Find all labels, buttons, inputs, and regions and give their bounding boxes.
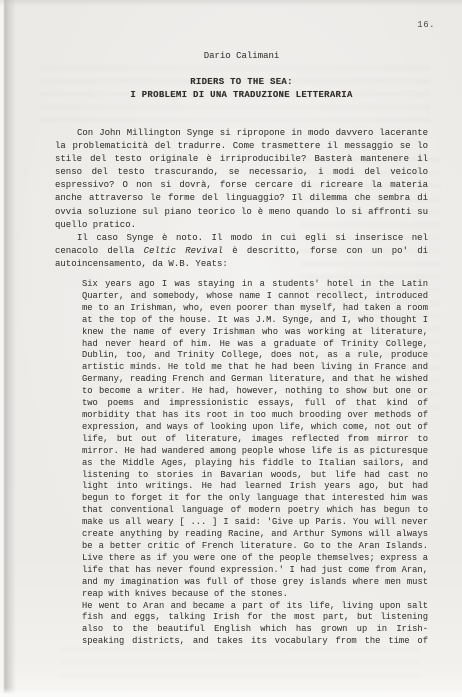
page-number: 16.	[417, 20, 435, 30]
yeats-quote-part-1: Six years ago I was staying in a student…	[82, 279, 428, 600]
scanned-document-page: 16. Dario Calimani RIDERS TO THE SEA: I …	[0, 0, 462, 697]
scan-edge-shadow	[0, 0, 16, 697]
page-header: Dario Calimani RIDERS TO THE SEA: I PROB…	[55, 51, 428, 102]
second-paragraph: Il caso Synge è noto. Il modo in cui egl…	[55, 232, 428, 271]
intro-paragraph: Con John Millington Synge si ripropone i…	[55, 127, 428, 232]
page-body: Con John Millington Synge si ripropone i…	[55, 127, 428, 648]
yeats-quote-part-2: He went to Aran and became a part of its…	[82, 601, 428, 649]
celtic-revival-italic: Celtic Revival	[144, 246, 223, 256]
scan-bottom-edge	[0, 688, 462, 697]
article-title-line-2: I PROBLEMI DI UNA TRADUZIONE LETTERARIA	[55, 89, 428, 102]
author-name: Dario Calimani	[55, 51, 428, 61]
article-title-line-1: RIDERS TO THE SEA:	[55, 76, 428, 89]
scan-top-edge	[0, 0, 462, 6]
